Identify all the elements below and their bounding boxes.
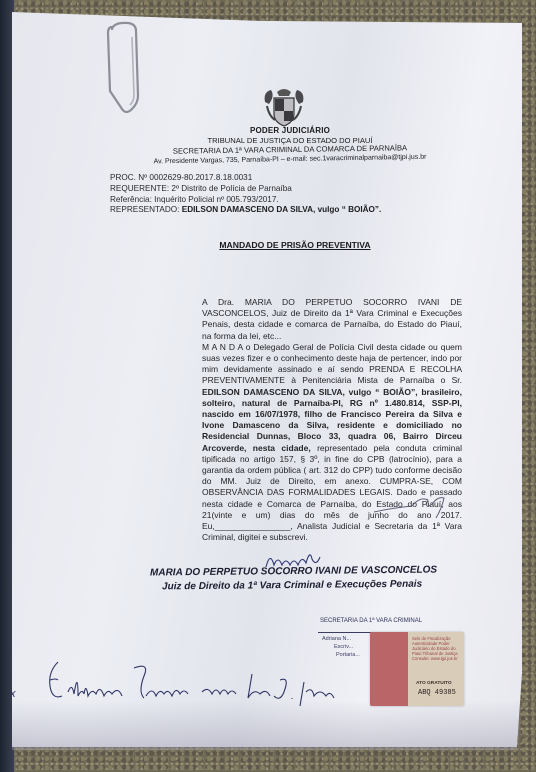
receipt-mark: x [10,688,16,700]
proc-line: PROC. Nº 0002629-80.2017.8.18.0031 [110,173,381,184]
referencia-value: Inquérito Policial nº 005.793/2017. [154,195,279,204]
referencia-label: Referência: [110,195,152,204]
requerente-label: REQUERENTE: [110,184,169,193]
case-info: PROC. Nº 0002629-80.2017.8.18.0031 REQUE… [110,173,381,216]
paragraph-intro: A Dra. MARIA DO PERPETUO SOCORRO IVANI D… [110,297,462,342]
representado-line: REPRESENTADO: EDILSON DAMASCENO DA SILVA… [110,205,381,216]
coat-of-arms-icon [261,86,307,128]
representado-value: EDILSON DAMASCENO DA SILVA, vulgo “ BOIÃ… [182,205,382,214]
paperclip-icon [106,21,144,118]
institution-name: PODER JUDICIÁRIO [120,126,460,136]
seal-label: ATO GRATUITO [416,681,452,686]
proc-number: Nº 0002629-80.2017.8.18.0031 [138,173,252,182]
letterhead: PODER JUDICIÁRIO TRIBUNAL DE JUSTIÇA DO … [120,126,460,164]
representado-label: REPRESENTADO: [110,205,179,214]
document-title: MANDADO DE PRISÃO PREVENTIVA [190,240,400,250]
requerente-line: REQUERENTE: 2º Distrito de Polícia de Pa… [110,184,381,195]
stamp-line-2: Escriv... [334,644,353,650]
seal-red-band [370,632,408,706]
clerk-signature [372,492,464,520]
defendant-handwritten-signature [34,652,354,712]
requerente-value: 2º Distrito de Polícia de Parnaíba [171,184,291,193]
seal-text: Selo de Fiscalização Autenticidade Poder… [412,636,462,661]
proc-label: PROC. [110,173,136,182]
authenticity-seal: Selo de Fiscalização Autenticidade Poder… [370,632,464,706]
secretariat-stamp: SECRETARIA DA 1ª VARA CRIMINAL [320,618,422,624]
stamp-name: Adriana N... [322,636,351,642]
referencia-line: Referência: Inquérito Policial nº 005.79… [110,195,381,206]
background-shadow [0,0,14,772]
seal-number: ABQ 49385 [418,689,456,697]
order-lead: M A N D A [202,342,243,352]
